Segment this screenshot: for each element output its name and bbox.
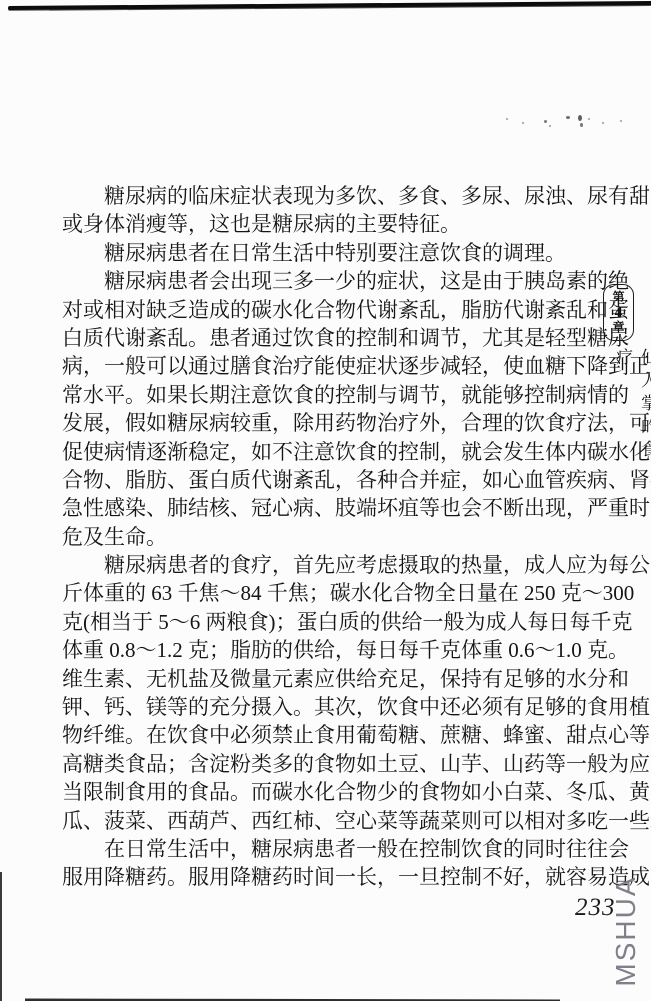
text-line: 糖尿病患者在日常生活中特别要注意饮食的调理。 <box>62 239 570 267</box>
text-line: 当限制食用的食品。而碳水化合物少的食物如小白菜、冬瓜、黄 <box>62 778 570 806</box>
text-line: 糖尿病患者的食疗，首先应考虑摄取的热量，成人应为每公 <box>62 551 570 579</box>
text-line: 高糖类食品；含淀粉类多的食物如土豆、山芋、山药等一般为应 <box>62 750 570 778</box>
text-line: 物纤维。在饮食中必须禁止食用葡萄糖、蔗糖、蜂蜜、甜点心等 <box>62 721 570 749</box>
scan-artifact-top-line <box>8 1 651 10</box>
paragraph: 糖尿病患者的食疗，首先应考虑摄取的热量，成人应为每公 斤体重的 63 千焦～84… <box>62 551 570 835</box>
text-line: 瓜、菠菜、西葫芦、西红柿、空心菜等蔬菜则可以相对多吃一些。 <box>62 807 570 835</box>
text-line: 白质代谢紊乱。患者通过饮食的控制和调节，尤其是轻型糖尿 <box>62 324 570 352</box>
text-line: 糖尿病的临床症状表现为多饮、多食、多尿、尿浊、尿有甜味 <box>62 182 570 210</box>
text-line: 体重 0.8～1.2 克；脂肪的供给，每日每千克体重 0.6～1.0 克。 <box>62 636 570 664</box>
paragraph: 糖尿病患者在日常生活中特别要注意饮食的调理。 <box>62 239 570 267</box>
text-line: 对或相对缺乏造成的碳水化合物代谢紊乱，脂肪代谢紊乱和蛋 <box>62 296 570 324</box>
text-line: 或身体消瘦等，这也是糖尿病的主要特征。 <box>62 210 570 238</box>
text-line: 促使病情逐渐稳定，如不注意饮食的控制，就会发生体内碳水化 <box>62 438 570 466</box>
chapter-tab: 第 4 章 <box>603 284 634 341</box>
faded-header-text-artifact <box>500 112 630 136</box>
paragraph: 糖尿病患者会出现三多一少的症状，这是由于胰岛素的绝 对或相对缺乏造成的碳水化合物… <box>62 267 570 551</box>
chapter-number: 4 <box>615 304 623 321</box>
paragraph: 在日常生活中，糖尿病患者一般在控制饮食的同时往往会 服用降糖药。服用降糖药时间一… <box>62 835 570 892</box>
chapter-title-vertical: 仙人掌的食疗 <box>610 348 651 478</box>
text-line: 合物、脂肪、蛋白质代谢紊乱，各种合并症，如心血管疾病、肾病、 <box>62 466 570 494</box>
text-line: 糖尿病患者会出现三多一少的症状，这是由于胰岛素的绝 <box>62 267 570 295</box>
text-line: 危及生命。 <box>62 523 570 551</box>
scanned-book-page: 糖尿病的临床症状表现为多饮、多食、多尿、尿浊、尿有甜味 或身体消瘦等，这也是糖尿… <box>0 0 651 1001</box>
paragraph: 糖尿病的临床症状表现为多饮、多食、多尿、尿浊、尿有甜味 或身体消瘦等，这也是糖尿… <box>62 182 570 239</box>
text-line: 钾、钙、镁等的充分摄入。其次，饮食中还必须有足够的食用植 <box>62 693 570 721</box>
text-line: 服用降糖药。服用降糖药时间一长，一旦控制不好，就容易造成 <box>62 863 570 891</box>
text-line: 发展，假如糖尿病较重，除用药物治疗外，合理的饮食疗法，可以 <box>62 409 570 437</box>
chapter-suffix: 章 <box>612 321 624 334</box>
chapter-prefix: 第 <box>612 291 624 304</box>
text-line: 斤体重的 63 千焦～84 千焦；碳水化合物全日量在 250 克～300 <box>62 579 570 607</box>
scan-artifact-left-edge <box>0 872 2 1001</box>
watermark-mshua: MSHUA <box>610 875 640 987</box>
text-line: 病，一般可以通过膳食治疗能使症状逐步减轻，使血糖下降到正 <box>62 352 570 380</box>
text-line: 在日常生活中，糖尿病患者一般在控制饮食的同时往往会 <box>62 835 570 863</box>
text-line: 维生素、无机盐及微量元素应供给充足，保持有足够的水分和 <box>62 665 570 693</box>
text-line: 急性感染、肺结核、冠心病、肢端坏疽等也会不断出现，严重时会 <box>62 494 570 522</box>
text-line: 常水平。如果长期注意饮食的控制与调节，就能够控制病情的 <box>62 381 570 409</box>
body-text-block: 糖尿病的临床症状表现为多饮、多食、多尿、尿浊、尿有甜味 或身体消瘦等，这也是糖尿… <box>62 182 570 892</box>
text-line: 克(相当于 5～6 两粮食)；蛋白质的供给一般为成人每日每千克 <box>62 608 570 636</box>
